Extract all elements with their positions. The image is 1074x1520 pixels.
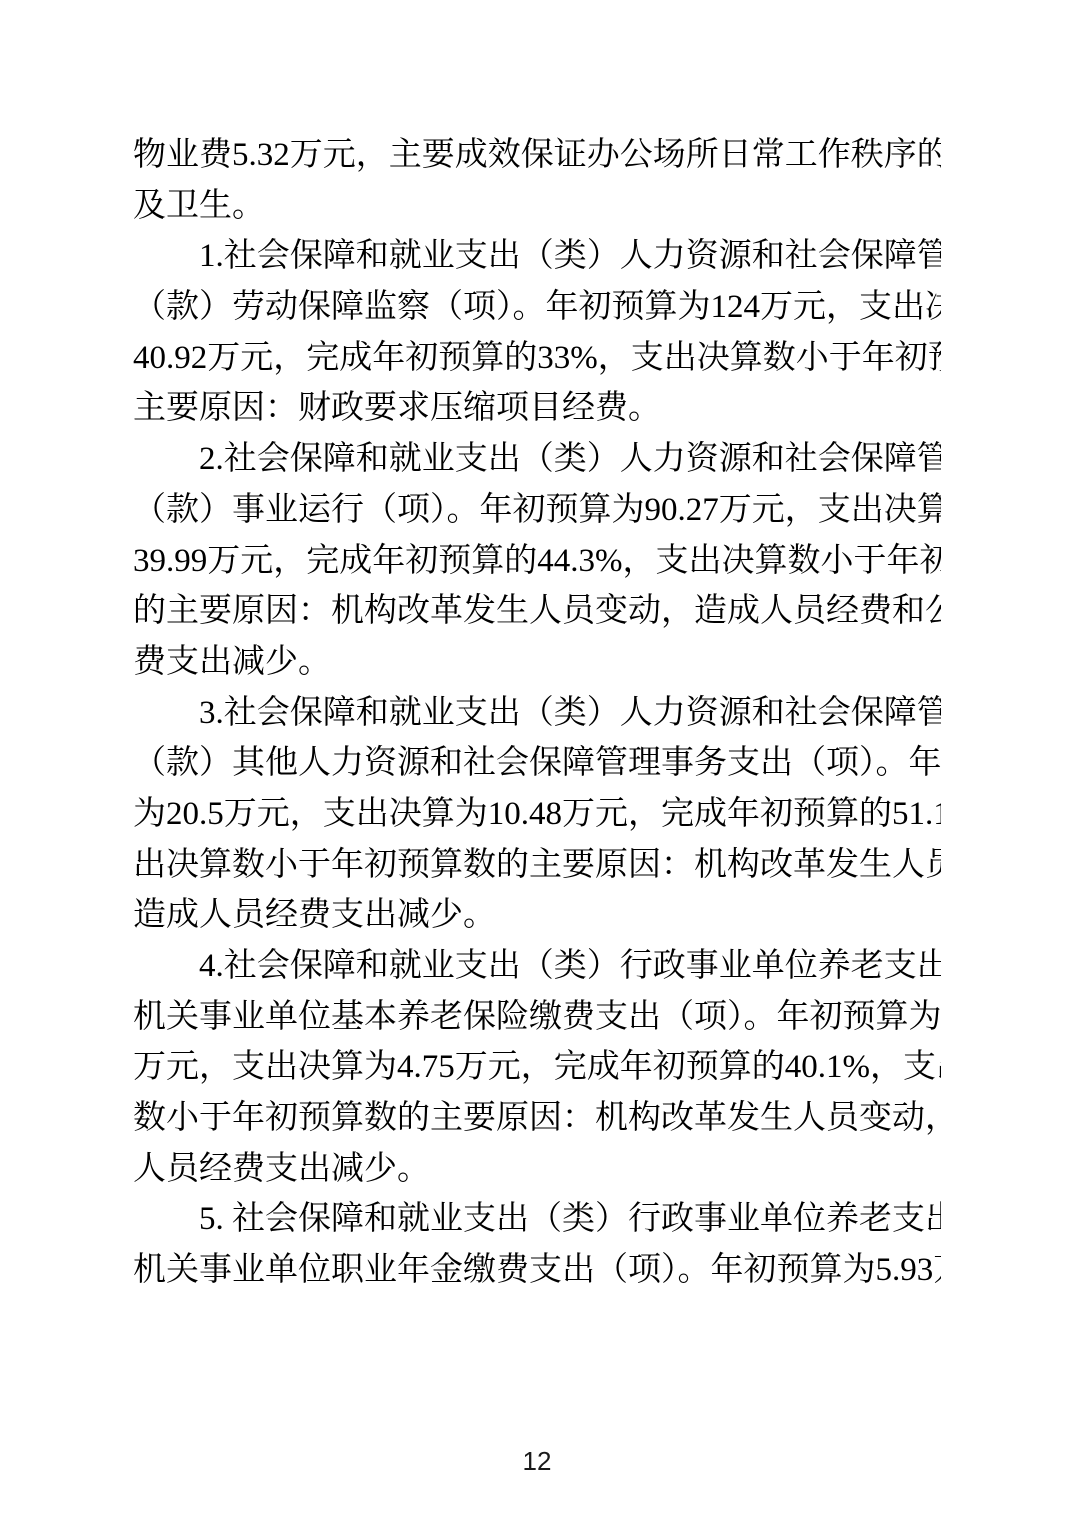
text-line: 为20.5万元，支出决算为10.48万元，完成年初预算的51.1%，支 [133,789,941,840]
text-line: 机关事业单位基本养老保险缴费支出（项）。年初预算为11.86 [133,992,941,1043]
text-line: 机关事业单位职业年金缴费支出（项）。年初预算为5.93万元， [133,1245,941,1296]
text-line: 物业费5.32万元，主要成效保证办公场所日常工作秩序的安全 [133,130,941,181]
document-page: 物业费5.32万元，主要成效保证办公场所日常工作秩序的安全 及卫生。 1.社会保… [0,0,1074,1520]
text-line: 造成人员经费支出减少。 [133,890,941,941]
text-line: 主要原因：财政要求压缩项目经费。 [133,383,941,434]
body-text: 物业费5.32万元，主要成效保证办公场所日常工作秩序的安全 及卫生。 1.社会保… [133,130,941,1296]
text-line: 3.社会保障和就业支出（类）人力资源和社会保障管理事务 [133,688,941,739]
text-line: 出决算数小于年初预算数的主要原因：机构改革发生人员变动， [133,840,941,891]
text-line: 万元，支出决算为4.75万元，完成年初预算的40.1%，支出决算 [133,1042,941,1093]
text-line: 2.社会保障和就业支出（类）人力资源和社会保障管理事务 [133,434,941,485]
text-line: 数小于年初预算数的主要原因：机构改革发生人员变动，造成 [133,1093,941,1144]
text-line: 1.社会保障和就业支出（类）人力资源和社会保障管理事务 [133,231,941,282]
text-line: 40.92万元，完成年初预算的33%，支出决算数小于年初预算数的 [133,333,941,384]
text-line: 人员经费支出减少。 [133,1144,941,1195]
text-line: 4.社会保障和就业支出（类）行政事业单位养老支出（款） [133,941,941,992]
text-line: （款）其他人力资源和社会保障管理事务支出（项）。年初预算 [133,738,941,789]
text-line: （款）事业运行（项）。年初预算为90.27万元，支出决算为 [133,485,941,536]
page-number: 12 [0,1446,1074,1476]
text-line: 费支出减少。 [133,637,941,688]
text-line: 及卫生。 [133,181,941,232]
text-line: 5. 社会保障和就业支出（类）行政事业单位养老支出（款） [133,1194,941,1245]
text-line: 39.99万元，完成年初预算的44.3%，支出决算数小于年初预算数 [133,536,941,587]
text-line: 的主要原因：机构改革发生人员变动，造成人员经费和公用经 [133,586,941,637]
text-line: （款）劳动保障监察（项）。年初预算为124万元，支出决算为 [133,282,941,333]
